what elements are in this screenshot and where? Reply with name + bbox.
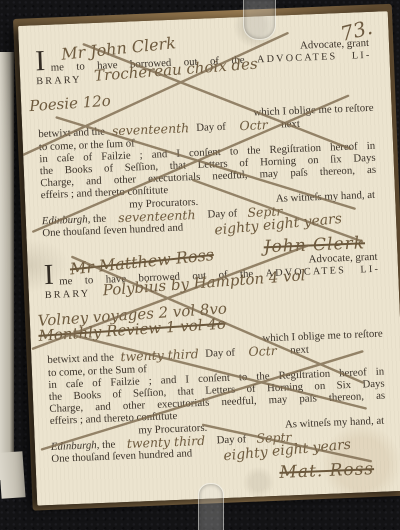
borrow-entry-1: I Mr John Clerk Advocate, grant me to ha…: [35, 36, 379, 266]
entry2-library-brary: BRARY: [45, 289, 91, 302]
underlying-page-edge: [0, 52, 14, 480]
borrow-entry-2: I Mr Matthew Ross Advocate, grant me to …: [44, 250, 389, 492]
film-strap-bottom: [198, 483, 224, 530]
entry1-drop-cap: I: [35, 49, 51, 75]
manuscript-page: 73. I Mr John Clerk Advocate, grant me t…: [18, 11, 400, 505]
entry1-return-month: Octr: [228, 119, 278, 133]
film-strap-top: [243, 0, 276, 40]
entry2-return-month: Octr: [237, 345, 287, 359]
entry2-signature: Mat. Ross: [279, 459, 374, 483]
underlying-page-corner: [0, 451, 26, 499]
entry1-library-brary: BRARY: [36, 75, 82, 88]
entry2-drop-cap: I: [44, 263, 60, 289]
photo-background: 73. I Mr John Clerk Advocate, grant me t…: [0, 0, 400, 530]
